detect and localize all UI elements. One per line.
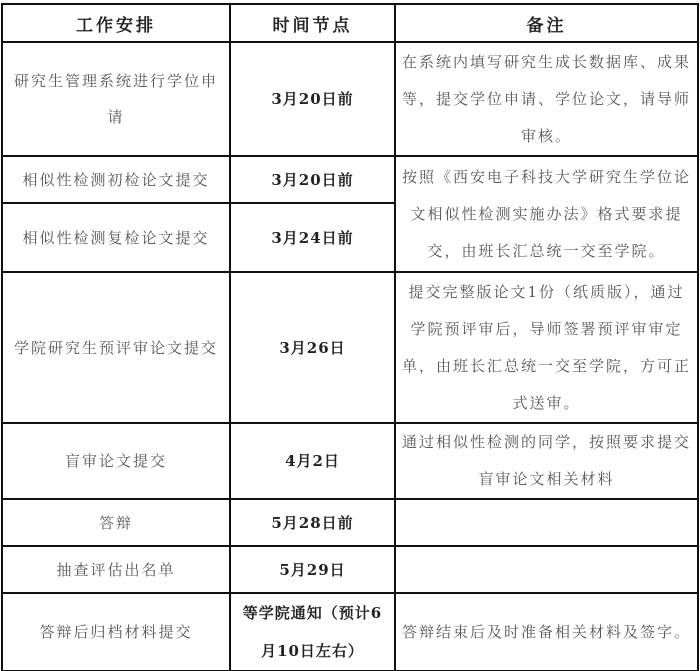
time-cell: 3月26日 xyxy=(230,272,395,423)
task-cell: 答辩后归档材料提交 xyxy=(2,593,230,671)
note-cell-empty xyxy=(395,499,698,546)
task-cell: 学院研究生预评审论文提交 xyxy=(2,272,230,423)
task-cell: 抽查评估出名单 xyxy=(2,546,230,593)
time-cell: 5月28日前 xyxy=(230,499,395,546)
time-cell: 4月2日 xyxy=(230,423,395,499)
header-note: 备注 xyxy=(395,4,698,42)
table-row: 盲审论文提交 4月2日 通过相似性检测的同学，按照要求提交盲审论文相关材料 xyxy=(2,423,698,499)
note-cell-empty xyxy=(395,546,698,593)
table-row: 抽查评估出名单 5月29日 xyxy=(2,546,698,593)
note-cell: 提交完整版论文1份（纸质版），通过学院预评审后，导师签署预评审审定单，由班长汇总… xyxy=(395,272,698,423)
table-row: 相似性检测初检论文提交 3月20日前 按照《西安电子科技大学研究生学位论文相似性… xyxy=(2,156,698,203)
table-row: 研究生管理系统进行学位申请 3月20日前 在系统内填写研究生成长数据库、成果等，… xyxy=(2,42,698,156)
time-cell: 等学院通知（预计6月10日左右） xyxy=(230,593,395,671)
table-row: 学院研究生预评审论文提交 3月26日 提交完整版论文1份（纸质版），通过学院预评… xyxy=(2,272,698,423)
time-cell: 5月29日 xyxy=(230,546,395,593)
task-cell: 答辩 xyxy=(2,499,230,546)
note-cell: 在系统内填写研究生成长数据库、成果等，提交学位申请、学位论文，请导师审核。 xyxy=(395,42,698,156)
note-cell: 通过相似性检测的同学，按照要求提交盲审论文相关材料 xyxy=(395,423,698,499)
schedule-table: 工作安排 时间节点 备注 研究生管理系统进行学位申请 3月20日前 在系统内填写… xyxy=(1,3,699,671)
time-cell: 3月24日前 xyxy=(230,203,395,272)
task-cell: 研究生管理系统进行学位申请 xyxy=(2,42,230,156)
task-cell: 相似性检测初检论文提交 xyxy=(2,156,230,203)
task-cell: 相似性检测复检论文提交 xyxy=(2,203,230,272)
header-task: 工作安排 xyxy=(2,4,230,42)
table-row: 答辩 5月28日前 xyxy=(2,499,698,546)
note-cell: 答辩结束后及时准备相关材料及签字。 xyxy=(395,593,698,671)
table-row: 答辩后归档材料提交 等学院通知（预计6月10日左右） 答辩结束后及时准备相关材料… xyxy=(2,593,698,671)
note-cell-merged: 按照《西安电子科技大学研究生学位论文相似性检测实施办法》格式要求提交，由班长汇总… xyxy=(395,156,698,272)
header-row: 工作安排 时间节点 备注 xyxy=(2,4,698,42)
header-time: 时间节点 xyxy=(230,4,395,42)
task-cell: 盲审论文提交 xyxy=(2,423,230,499)
time-cell: 3月20日前 xyxy=(230,156,395,203)
time-cell: 3月20日前 xyxy=(230,42,395,156)
